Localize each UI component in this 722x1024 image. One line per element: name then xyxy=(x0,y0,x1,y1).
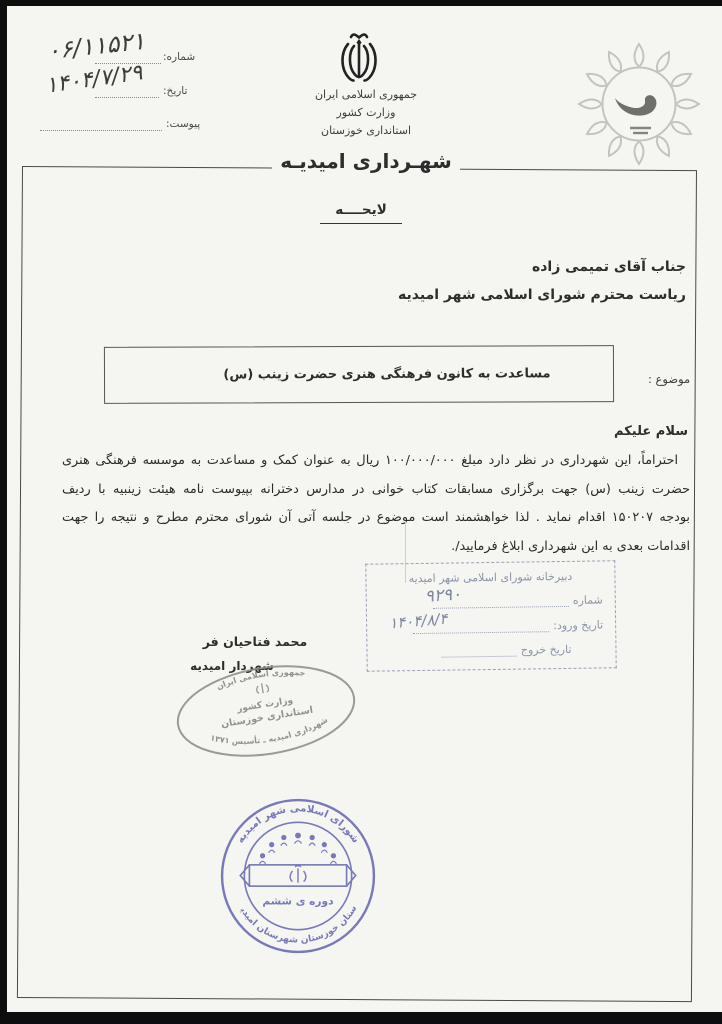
receipt-number-leader xyxy=(433,605,569,609)
oval-stamp-mini-emblem xyxy=(256,682,269,694)
document-type-heading: لایحــــه xyxy=(320,202,402,224)
round-stamp-mini-emblem xyxy=(290,866,306,883)
organization-title: شهـرداری امیدیـه xyxy=(272,149,460,173)
scan-edge-left xyxy=(0,0,7,1016)
letterhead-ministry: وزارت کشور xyxy=(256,106,476,119)
body-paragraph: احتراماً، این شهرداری در نظر دارد مبلغ ۱… xyxy=(62,447,690,561)
receipt-entry-label: تاریخ ورود: xyxy=(553,618,603,632)
recipient-title: ریاست محترم شورای اسلامی شهر امیدیه xyxy=(398,281,686,309)
iran-emblem-icon xyxy=(336,29,382,87)
recipient-block: جناب آقای تمیمی زاده ریاست محترم شورای ا… xyxy=(398,253,686,309)
body-line: بودجه ۱۵۰۲۰۷ اقدام نماید . لذا خواهشمند … xyxy=(62,504,690,533)
salutation: سلام علیکم xyxy=(614,424,688,439)
subject-text: مساعدت به کانون فرهنگی هنری حضرت زینب (س… xyxy=(223,366,550,382)
letterhead-country: جمهوری اسلامی ایران xyxy=(256,88,476,101)
receipt-exit-label: تاریخ خروج xyxy=(521,643,572,657)
emblem-sword-tip xyxy=(357,39,362,46)
receipt-number-label: شماره xyxy=(573,593,603,606)
council-round-stamp: شورای اسلامی شهر امیدیه استان خوزستان شه… xyxy=(217,795,379,957)
body-line: احتراماً، این شهرداری در نظر دارد مبلغ ۱… xyxy=(62,447,690,476)
recipient-name: جناب آقای تمیمی زاده xyxy=(398,253,686,281)
scanned-letter-page: شماره: ۰۶/۱۱۵۲۱ تاریخ: ۱۴۰۴/۷/۲۹ پیوست: … xyxy=(0,0,722,1024)
municipality-flower-seal xyxy=(575,40,703,168)
scan-edge-top xyxy=(0,0,722,6)
date-leader-line xyxy=(95,96,159,98)
seal-calligraphy-glyph xyxy=(615,95,656,115)
date-label: تاریخ: xyxy=(163,85,187,97)
subject-label: موضوع : xyxy=(648,372,690,386)
attachment-label: پیوست: xyxy=(166,118,200,130)
receipt-entry-leader xyxy=(413,630,549,634)
receipt-exit-leader xyxy=(442,655,517,658)
letterhead-province: استانداری خوزستان xyxy=(256,124,476,137)
receipt-handwritten-number: ۹۲۹۰ xyxy=(424,584,462,606)
scan-edge-bottom xyxy=(0,1012,722,1024)
body-line: حضرت زینب (س) جهت برگزاری مسابقات کتاب خ… xyxy=(62,476,690,505)
seal-underline-marks xyxy=(630,128,651,133)
body-line: اقدامات بعدی به این شهرداری ابلاغ فرمایی… xyxy=(62,533,690,562)
round-stamp-term: دوره ی ششم xyxy=(262,894,334,907)
council-receipt-stamp: دبیرخانه شورای اسلامی شهر امیدیه شماره ۹… xyxy=(365,560,616,671)
svg-text:شورای اسلامی شهر امیدیه: شورای اسلامی شهر امیدیه xyxy=(235,803,361,845)
subject-box: مساعدت به کانون فرهنگی هنری حضرت زینب (س… xyxy=(104,345,614,404)
round-stamp-figures-decoration xyxy=(260,833,337,864)
signatory-name: محمد فتاحیان فر xyxy=(198,634,312,649)
receipt-title: دبیرخانه شورای اسلامی شهر امیدیه xyxy=(366,569,614,585)
attachment-leader-line xyxy=(40,129,162,131)
round-stamp-top-arc: شورای اسلامی شهر امیدیه xyxy=(235,803,361,845)
